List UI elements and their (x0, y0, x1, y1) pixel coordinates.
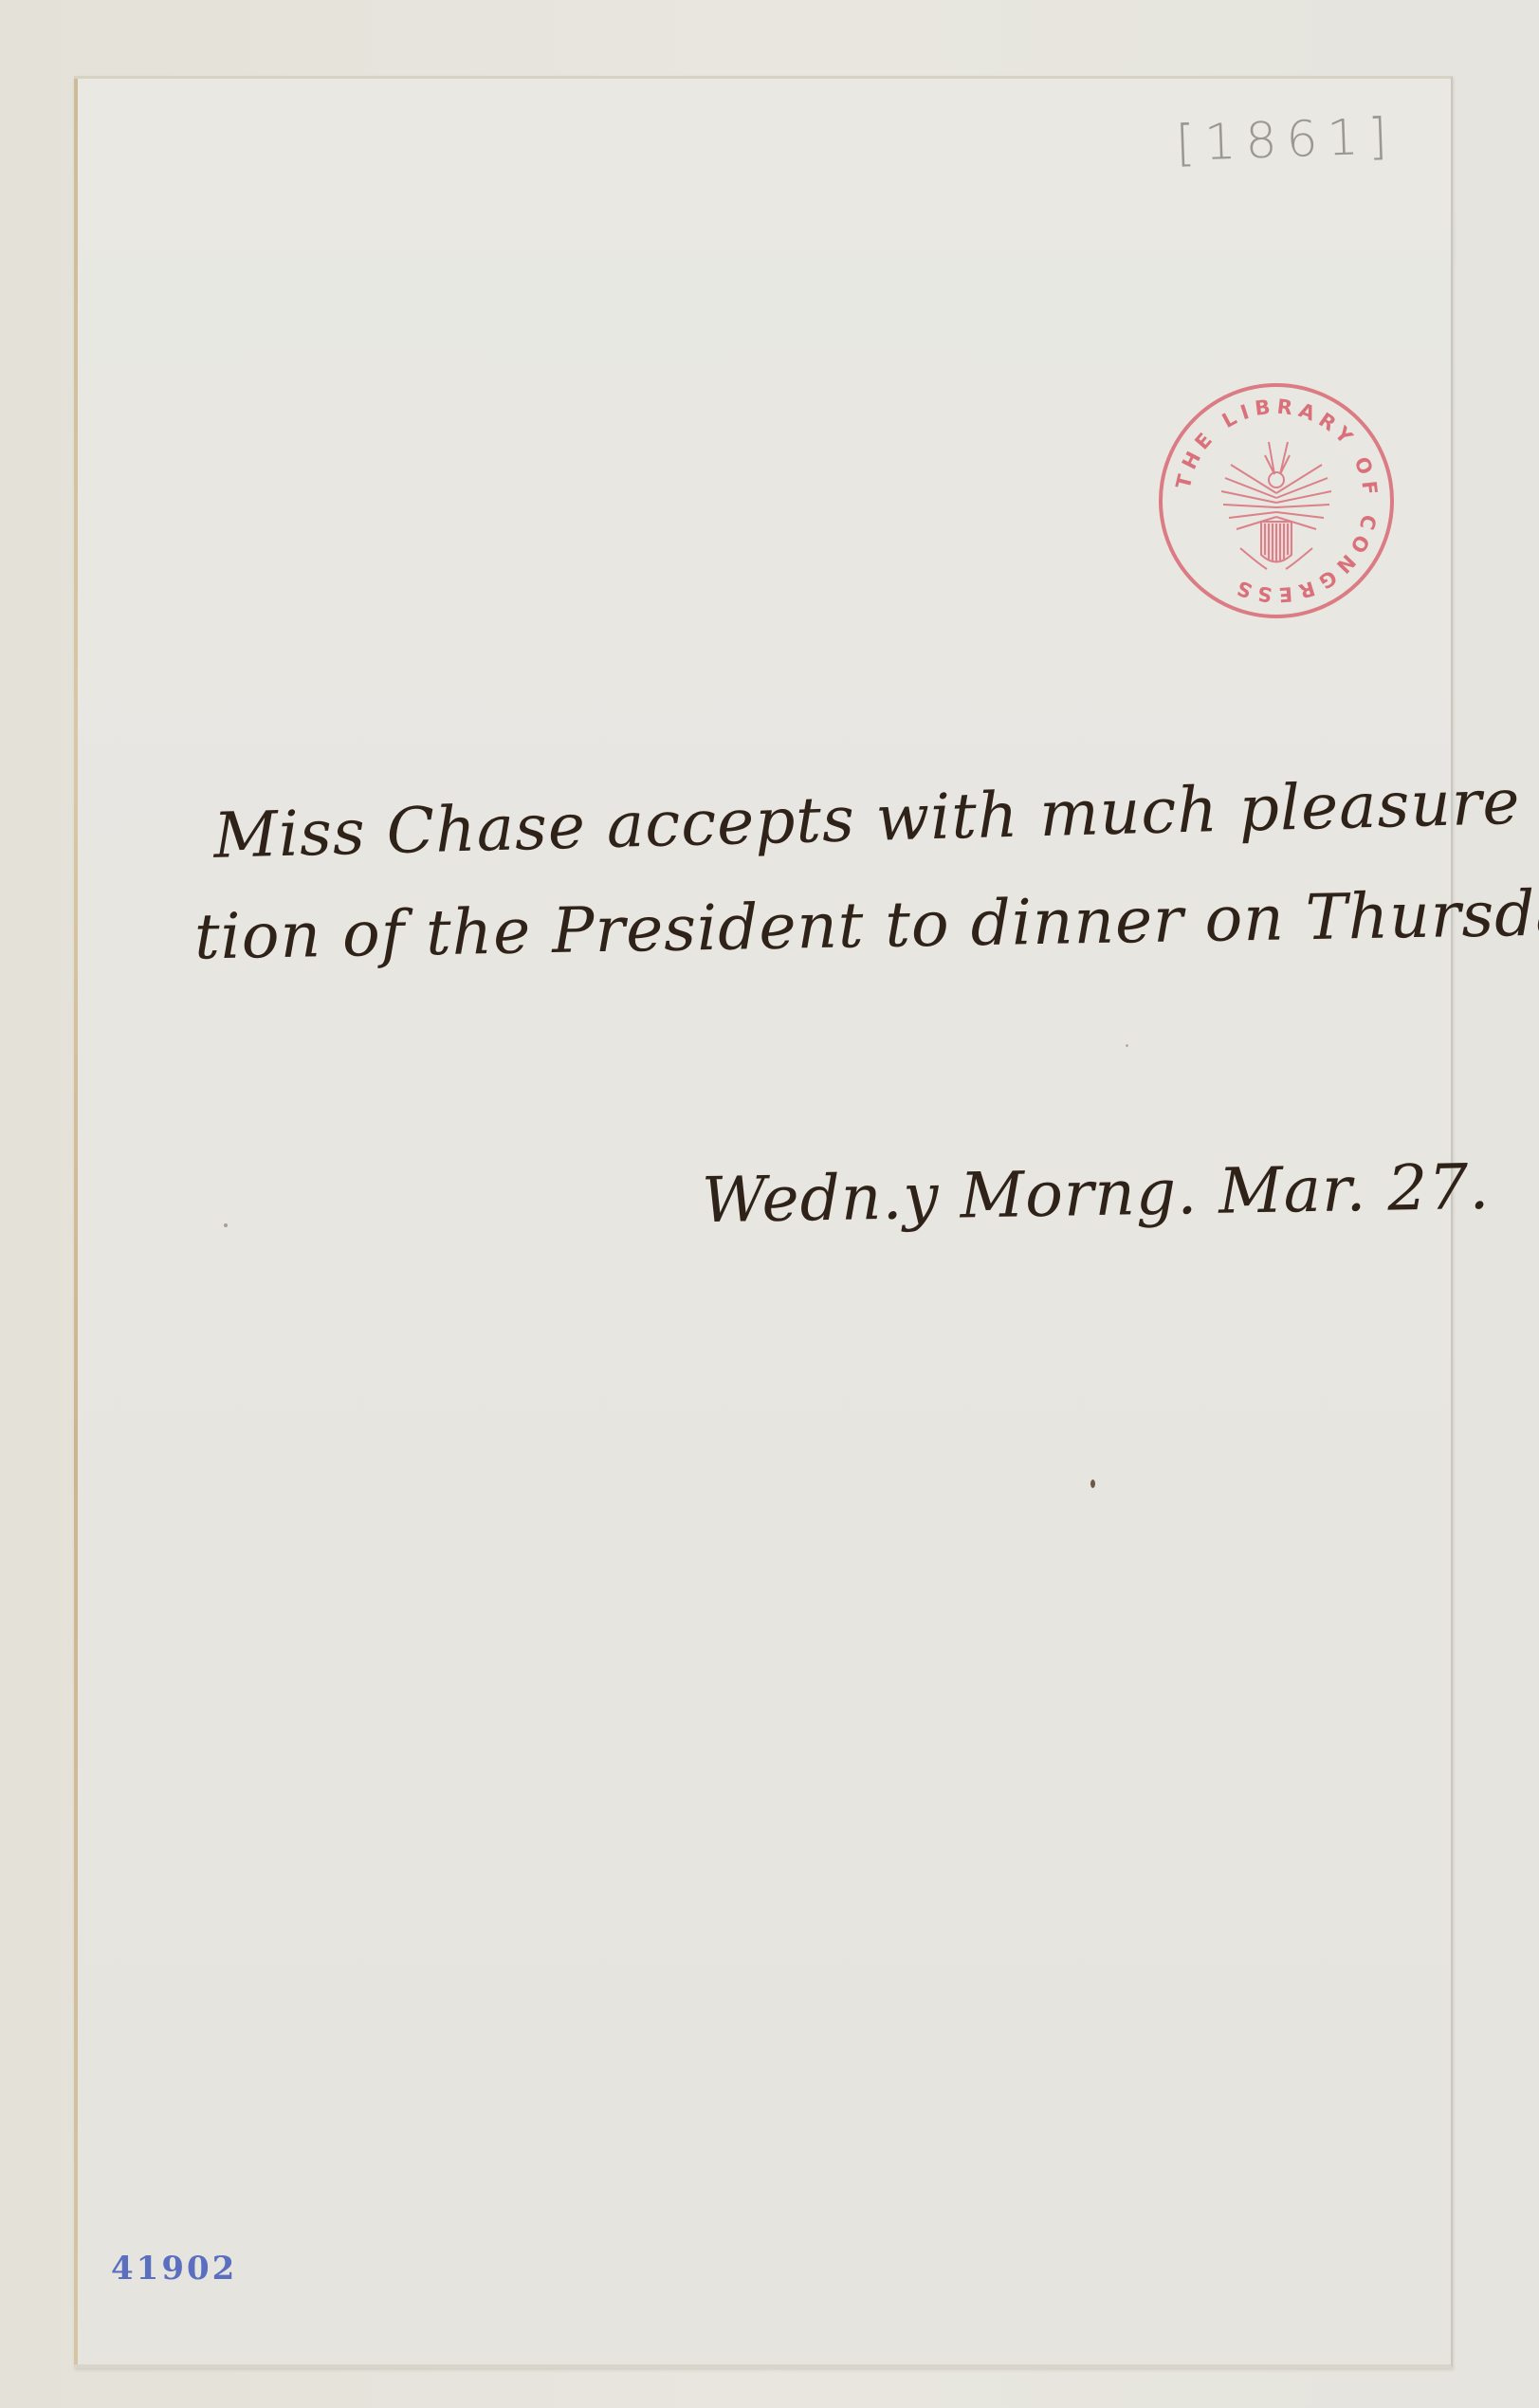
library-of-congress-stamp: THE LIBRARY OF CONGRESS (1155, 379, 1398, 622)
eagle-seal-icon: THE LIBRARY OF CONGRESS (1155, 379, 1398, 622)
catalog-number: 41902 (111, 2250, 237, 2288)
note-dateline: Wedn.y Morng. Mar. 27. (701, 1150, 1490, 1237)
ink-speck (1090, 1480, 1095, 1488)
year-annotation: [1861] (1175, 108, 1398, 173)
page-left-edge (74, 79, 78, 2364)
ink-speck (224, 1223, 228, 1227)
svg-text:THE LIBRARY OF CONGRESS: THE LIBRARY OF CONGRESS (1172, 395, 1383, 606)
ink-speck (1126, 1044, 1128, 1047)
